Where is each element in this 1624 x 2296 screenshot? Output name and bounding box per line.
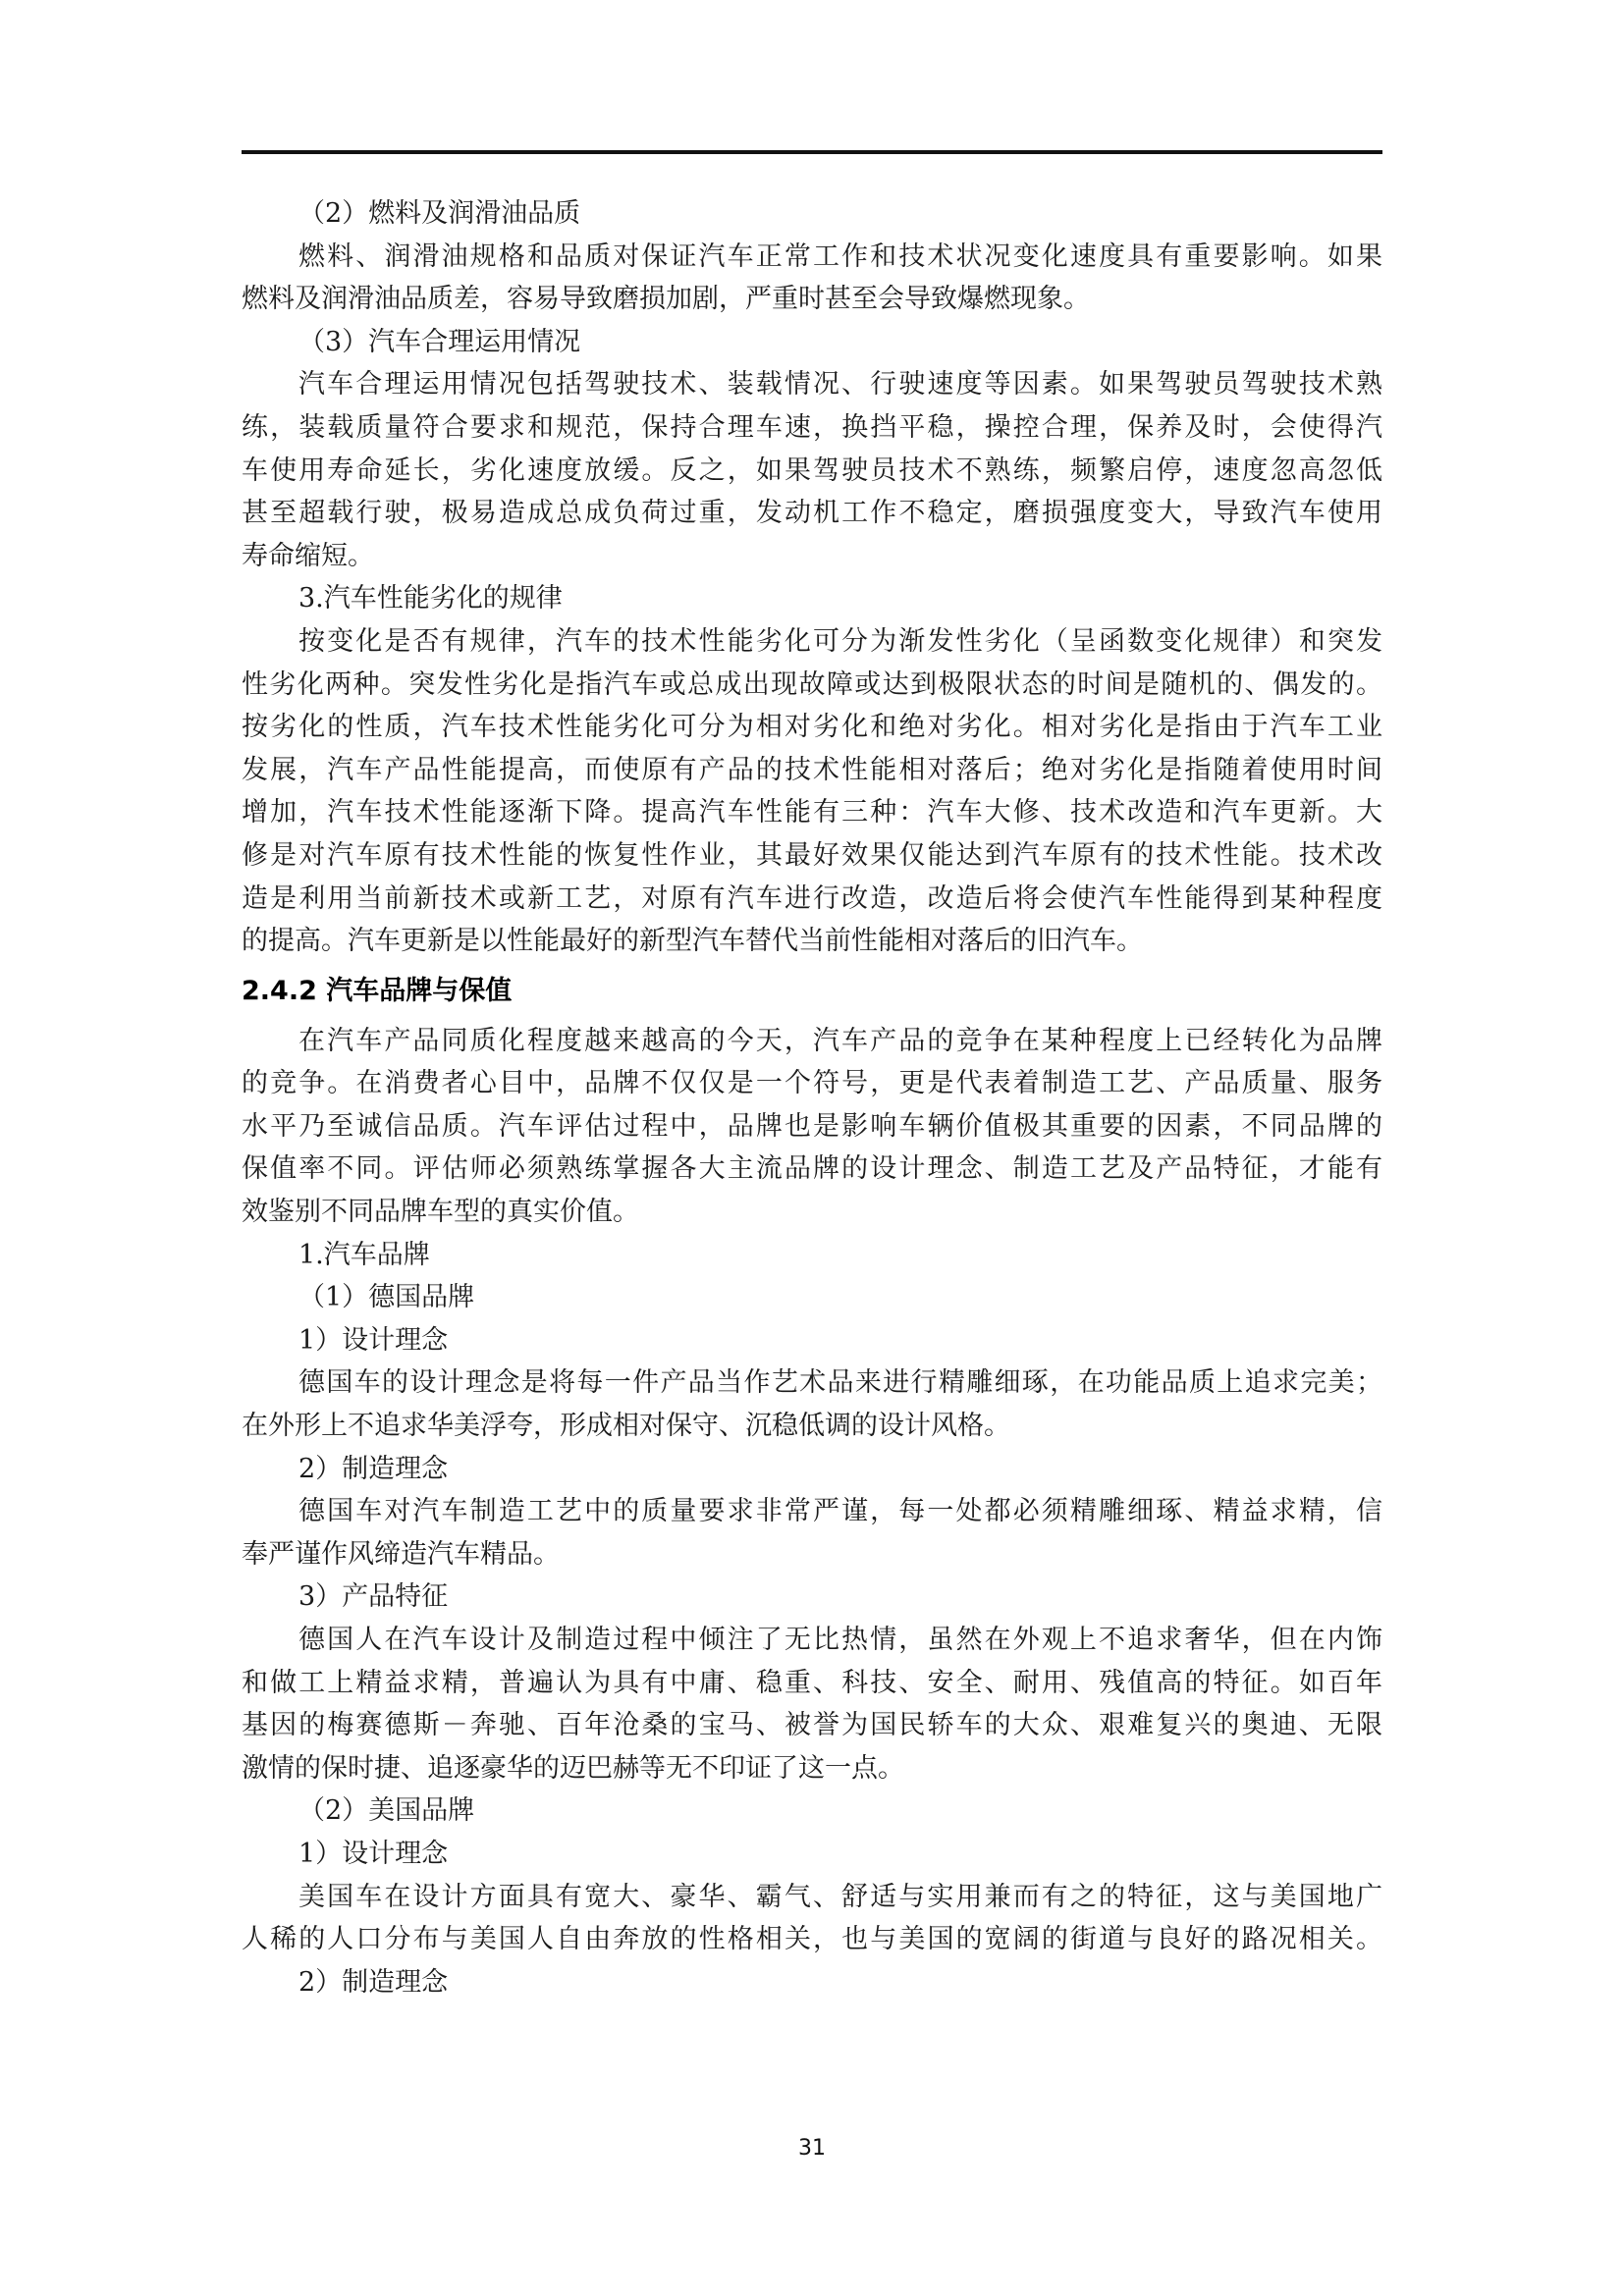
header-rule [242,150,1382,154]
paragraph-line: 在汽车产品同质化程度越来越高的今天，汽车产品的竞争在某种程度上已经转化为品牌 [242,1020,1382,1063]
paragraph-line: 燃料、润滑油规格和品质对保证汽车正常工作和技术状况变化速度具有重要影响。如果 [242,236,1382,279]
subsection-title: 2）制造理念 [242,1448,1382,1491]
paragraph-line: 效鉴别不同品牌车型的真实价值。 [242,1191,1382,1234]
paragraph-line: 基因的梅赛德斯－奔驰、百年沧桑的宝马、被誉为国民轿车的大众、艰难复兴的奥迪、无限 [242,1704,1382,1747]
paragraph-line: 增加，汽车技术性能逐渐下降。提高汽车性能有三种：汽车大修、技术改造和汽车更新。大 [242,791,1382,834]
paragraph-line: 汽车合理运用情况包括驾驶技术、装载情况、行驶速度等因素。如果驾驶员驾驶技术熟 [242,363,1382,406]
paragraph-line: 水平乃至诚信品质。汽车评估过程中，品牌也是影响车辆价值极其重要的因素，不同品牌的 [242,1105,1382,1148]
subsection-title: （3）汽车合理运用情况 [242,321,1382,364]
section-heading: 2.4.2 汽车品牌与保值 [242,967,1382,1016]
subsection-title: （2）美国品牌 [242,1789,1382,1833]
subsection-title: （2）燃料及润滑油品质 [242,192,1382,236]
subsection-title: 1.汽车品牌 [242,1234,1382,1277]
paragraph-line: 德国车对汽车制造工艺中的质量要求非常严谨，每一处都必须精雕细琢、精益求精，信 [242,1490,1382,1533]
subsection-title: （1）德国品牌 [242,1276,1382,1319]
subsection-title: 2）制造理念 [242,1961,1382,2004]
paragraph-line: 寿命缩短。 [242,535,1382,578]
subsection-title: 3）产品特征 [242,1575,1382,1619]
paragraph-line: 练，装载质量符合要求和规范，保持合理车速，换挡平稳，操控合理，保养及时，会使得汽 [242,406,1382,450]
paragraph-line: 德国人在汽车设计及制造过程中倾注了无比热情，虽然在外观上不追求奢华，但在内饰 [242,1619,1382,1662]
paragraph-line: 奉严谨作风缔造汽车精品。 [242,1533,1382,1576]
paragraph-line: 按变化是否有规律，汽车的技术性能劣化可分为渐发性劣化（呈函数变化规律）和突发 [242,620,1382,664]
paragraph-line: 发展，汽车产品性能提高，而使原有产品的技术性能相对落后；绝对劣化是指随着使用时间 [242,749,1382,792]
paragraph-line: 车使用寿命延长，劣化速度放缓。反之，如果驾驶员技术不熟练，频繁启停，速度忽高忽低 [242,450,1382,493]
paragraph-line: 的提高。汽车更新是以性能最好的新型汽车替代当前性能相对落后的旧汽车。 [242,920,1382,963]
paragraph-line: 性劣化两种。突发性劣化是指汽车或总成出现故障或达到极限状态的时间是随机的、偶发的… [242,664,1382,707]
paragraph-line: 人稀的人口分布与美国人自由奔放的性格相关，也与美国的宽阔的街道与良好的路况相关。 [242,1918,1382,1961]
paragraph-line: 保值率不同。评估师必须熟练掌握各大主流品牌的设计理念、制造工艺及产品特征，才能有 [242,1148,1382,1191]
paragraph-line: 美国车在设计方面具有宽大、豪华、霸气、舒适与实用兼而有之的特征，这与美国地广 [242,1876,1382,1919]
paragraph-line: 和做工上精益求精，普遍认为具有中庸、稳重、科技、安全、耐用、残值高的特征。如百年 [242,1662,1382,1705]
paragraph-line: 甚至超载行驶，极易造成总成负荷过重，发动机工作不稳定，磨损强度变大，导致汽车使用 [242,492,1382,535]
page-body: （2）燃料及润滑油品质 燃料、润滑油规格和品质对保证汽车正常工作和技术状况变化速… [242,192,1382,2003]
page-number: 31 [0,2136,1624,2161]
subsection-title: 1）设计理念 [242,1319,1382,1362]
paragraph-line: 在外形上不追求华美浮夸，形成相对保守、沉稳低调的设计风格。 [242,1405,1382,1448]
subsection-title: 3.汽车性能劣化的规律 [242,577,1382,620]
paragraph-line: 德国车的设计理念是将每一件产品当作艺术品来进行精雕细琢，在功能品质上追求完美； [242,1362,1382,1405]
paragraph-line: 燃料及润滑油品质差，容易导致磨损加剧，严重时甚至会导致爆燃现象。 [242,278,1382,321]
paragraph-line: 的竞争。在消费者心目中，品牌不仅仅是一个符号，更是代表着制造工艺、产品质量、服务 [242,1062,1382,1105]
paragraph-line: 激情的保时捷、追逐豪华的迈巴赫等无不印证了这一点。 [242,1747,1382,1790]
paragraph-line: 修是对汽车原有技术性能的恢复性作业，其最好效果仅能达到汽车原有的技术性能。技术改 [242,834,1382,878]
paragraph-line: 造是利用当前新技术或新工艺，对原有汽车进行改造，改造后将会使汽车性能得到某种程度 [242,878,1382,921]
subsection-title: 1）设计理念 [242,1833,1382,1876]
paragraph-line: 按劣化的性质，汽车技术性能劣化可分为相对劣化和绝对劣化。相对劣化是指由于汽车工业 [242,706,1382,749]
